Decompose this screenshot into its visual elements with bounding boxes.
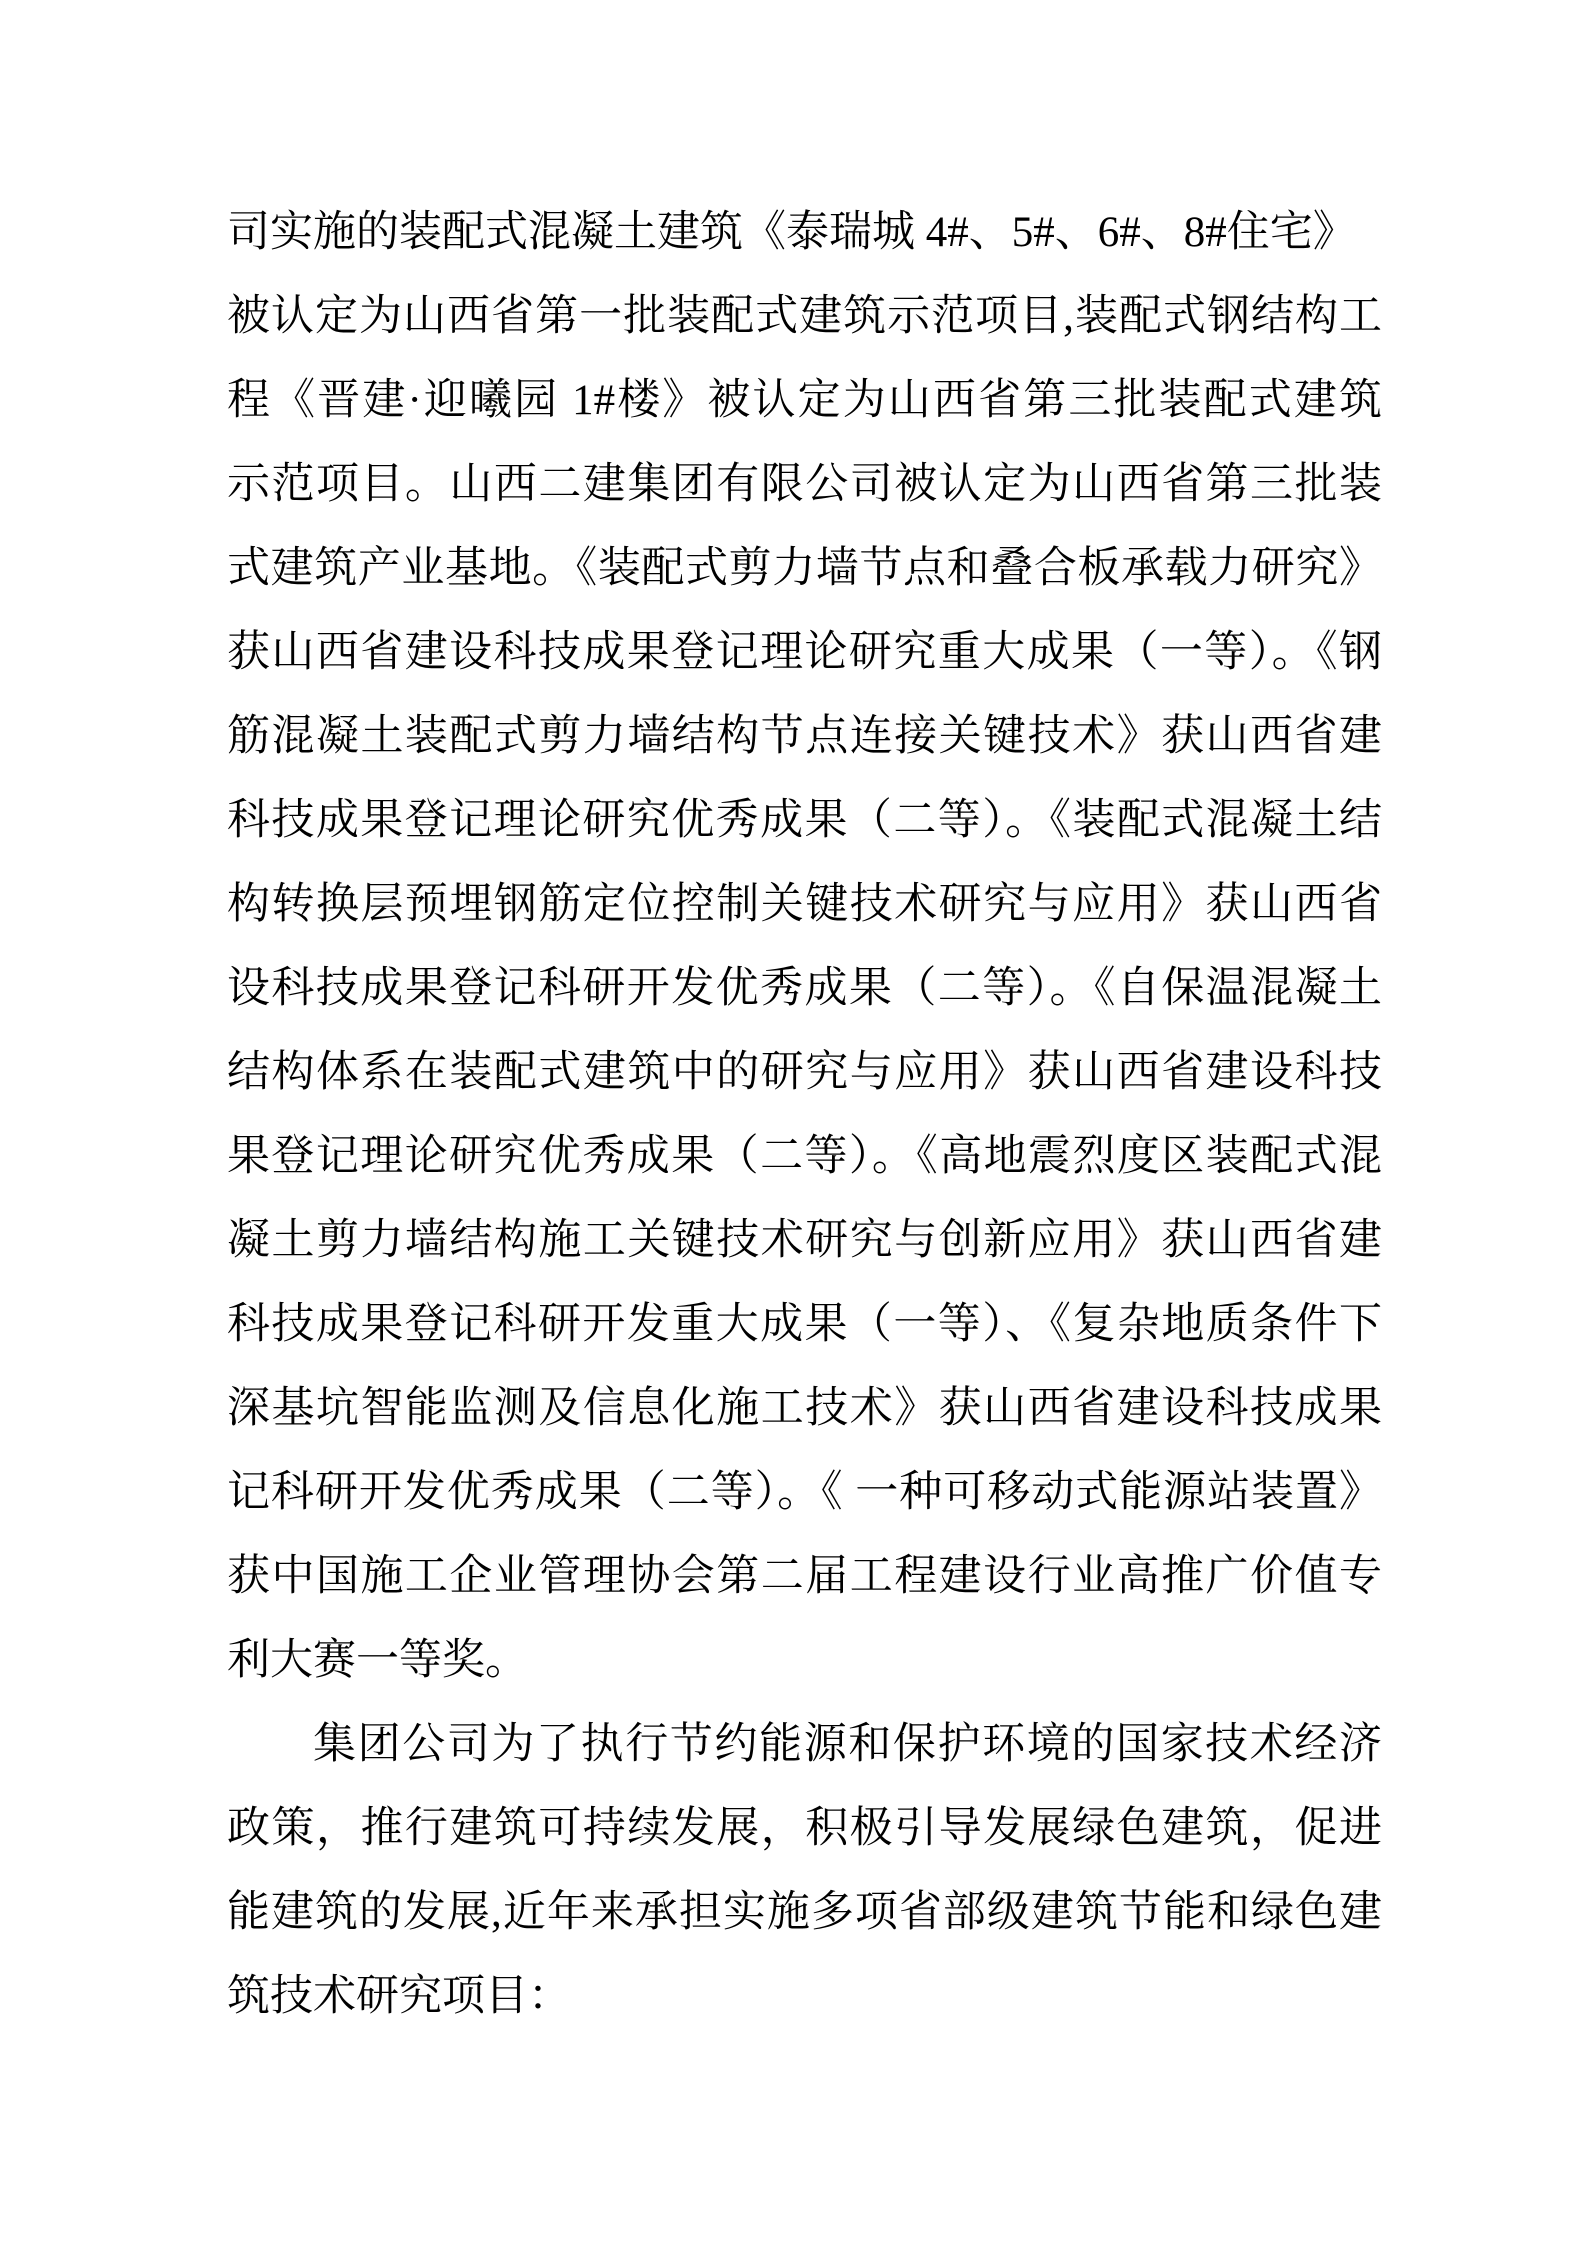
paragraph-2: 集团公司为了执行节约能源和保护环境的国家技术经济 政策，推行建筑可持续发展，积极… bbox=[227, 1703, 1382, 2039]
text-line: 获中国施工企业管理协会第二届工程建设行业高推广价值专 bbox=[227, 1535, 1382, 1619]
text-line: 集团公司为了执行节约能源和保护环境的国家技术经济 bbox=[227, 1703, 1382, 1787]
paragraph-1: 司实施的装配式混凝土建筑《泰瑞城 4#、5#、6#、8#住宅》 被认定为山西省第… bbox=[227, 191, 1382, 1703]
text-line: 获山西省建设科技成果登记理论研究重大成果（一等）。《钢 bbox=[227, 611, 1382, 695]
document-page: 司实施的装配式混凝土建筑《泰瑞城 4#、5#、6#、8#住宅》 被认定为山西省第… bbox=[0, 0, 1587, 2245]
text-line: 被认定为山西省第一批装配式建筑示范项目,装配式钢结构工 bbox=[227, 275, 1382, 359]
text-line: 程《晋建·迎曦园 1#楼》被认定为山西省第三批装配式建筑 bbox=[227, 359, 1382, 443]
text-line: 示范项目。山西二建集团有限公司被认定为山西省第三批装配 bbox=[227, 443, 1382, 527]
text-line: 记科研开发优秀成果（二等）。《 一种可移动式能源站装置》 bbox=[227, 1451, 1382, 1535]
text-line: 利大赛一等奖。 bbox=[227, 1619, 1382, 1703]
text-line: 科技成果登记理论研究优秀成果（二等）。《装配式混凝土结 bbox=[227, 779, 1382, 863]
text-line: 结构体系在装配式建筑中的研究与应用》获山西省建设科技成 bbox=[227, 1031, 1382, 1115]
text-line: 司实施的装配式混凝土建筑《泰瑞城 4#、5#、6#、8#住宅》 bbox=[227, 191, 1382, 275]
text-line: 深基坑智能监测及信息化施工技术》获山西省建设科技成果登 bbox=[227, 1367, 1382, 1451]
document-text-block: 司实施的装配式混凝土建筑《泰瑞城 4#、5#、6#、8#住宅》 被认定为山西省第… bbox=[227, 191, 1382, 2039]
text-line: 能建筑的发展,近年来承担实施多项省部级建筑节能和绿色建 bbox=[227, 1871, 1382, 1955]
text-line: 果登记理论研究优秀成果（二等）。《高地震烈度区装配式混 bbox=[227, 1115, 1382, 1199]
text-line: 设科技成果登记科研开发优秀成果（二等）。《自保温混凝土 bbox=[227, 947, 1382, 1031]
text-line: 政策，推行建筑可持续发展，积极引导发展绿色建筑，促进节 bbox=[227, 1787, 1382, 1871]
text-line: 构转换层预埋钢筋定位控制关键技术研究与应用》获山西省建 bbox=[227, 863, 1382, 947]
text-line: 科技成果登记科研开发重大成果（一等）、《复杂地质条件下 bbox=[227, 1283, 1382, 1367]
text-line: 式建筑产业基地。《装配式剪力墙节点和叠合板承载力研究》 bbox=[227, 527, 1382, 611]
text-line: 筋混凝土装配式剪力墙结构节点连接关键技术》获山西省建设 bbox=[227, 695, 1382, 779]
text-line: 凝土剪力墙结构施工关键技术研究与创新应用》获山西省建设 bbox=[227, 1199, 1382, 1283]
text-line: 筑技术研究项目： bbox=[227, 1955, 1382, 2039]
